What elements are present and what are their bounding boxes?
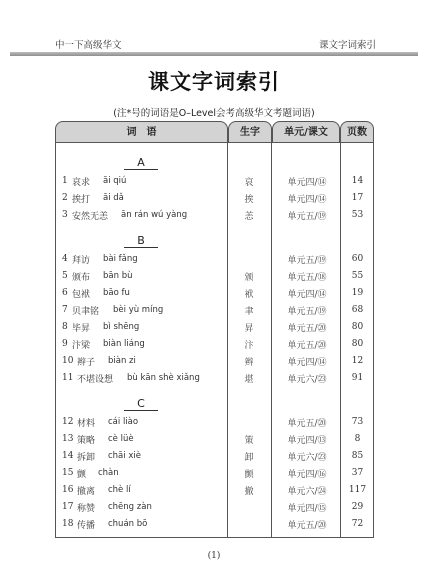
entry-pinyin: āi qiú <box>103 176 126 186</box>
entry-unit: 单元五/⑳ <box>273 321 341 334</box>
entry-number: 17 <box>62 502 73 512</box>
table-row: 9 汴梁 biàn liáng 汴 单元五/⑳ 80 <box>55 337 374 354</box>
table-row: 13 策略 cè lüè 策 单元四/⑬ 8 <box>55 432 374 449</box>
section-letter-b: B <box>124 234 158 248</box>
entry-number: 13 <box>62 434 73 444</box>
note: (注*号的词语是O–Level会考高级华文考题词语) <box>0 105 428 119</box>
entry-pinyin: bài fǎng <box>103 254 138 264</box>
entry-pinyin: biàn liáng <box>103 339 145 349</box>
entry-unit: 单元六/㉓ <box>273 450 341 463</box>
header-page: 页数 <box>340 121 374 143</box>
entry-char: 颤 <box>227 467 271 480</box>
entry-word: 策略 <box>77 433 95 446</box>
entry-pinyin: bì shēng <box>103 322 139 332</box>
entry-word: 不堪设想 <box>77 372 113 385</box>
table-row: 16 撤离 chè lí 撤 单元六/㉔ 117 <box>55 483 374 500</box>
entry-page: 53 <box>341 210 374 220</box>
entry-pinyin: chēng zàn <box>108 502 152 512</box>
entry-word: 撤离 <box>77 484 95 497</box>
entry-number: 3 <box>62 210 68 220</box>
entry-number: 10 <box>62 356 73 366</box>
entry-char: 恙 <box>227 209 271 222</box>
entry-unit: 单元五/⑲ <box>273 209 341 222</box>
entry-unit: 单元四/⑭ <box>273 355 341 368</box>
entry-unit: 单元四/⑬ <box>273 433 341 446</box>
entry-word: 称赞 <box>77 501 95 514</box>
table-row: 12 材料 cái liào 单元五/⑳ 73 <box>55 415 374 432</box>
entry-page: 68 <box>341 305 374 315</box>
entry-pinyin: cái liào <box>108 417 138 427</box>
entry-char: 辫 <box>227 355 271 368</box>
entry-char: 汴 <box>227 338 271 351</box>
entry-page: 55 <box>341 271 374 281</box>
entry-pinyin: biàn zi <box>108 356 136 366</box>
entry-unit: 单元四/⑭ <box>273 175 341 188</box>
entry-page: 60 <box>341 254 374 264</box>
header-word: 词 语 <box>55 121 228 143</box>
header-unit: 单元/课文 <box>272 121 340 143</box>
entry-page: 14 <box>341 176 374 186</box>
entry-pinyin: chuán bō <box>108 519 147 529</box>
page-number: (1) <box>0 551 428 561</box>
entry-number: 1 <box>62 176 68 186</box>
entry-page: 29 <box>341 502 374 512</box>
entry-unit: 单元五/⑱ <box>273 270 341 283</box>
entry-char: 哀 <box>227 175 271 188</box>
section-title: 课文字词索引 <box>319 37 376 51</box>
entry-number: 15 <box>62 468 73 478</box>
entry-page: 37 <box>341 468 374 478</box>
entry-pinyin: ān rán wú yàng <box>121 210 187 220</box>
entry-pinyin: cè lüè <box>108 434 134 444</box>
page-title: 课文字词索引 <box>0 66 428 96</box>
entry-word: 颁布 <box>72 270 90 283</box>
entry-number: 12 <box>62 417 73 427</box>
entry-char: 撤 <box>227 484 271 497</box>
table-row: 10 辫子 biàn zi 辫 单元四/⑭ 12 <box>55 354 374 371</box>
entry-word: 毕昇 <box>72 321 90 334</box>
entry-char: 聿 <box>227 304 271 317</box>
entry-number: 5 <box>62 271 68 281</box>
table-row: 5 颁布 bān bù 颁 单元五/⑱ 55 <box>55 269 374 286</box>
section-letter-c: C <box>124 397 158 411</box>
entry-number: 8 <box>62 322 68 332</box>
table-row: 11 不堪设想 bù kān shè xiǎng 堪 单元六/㉓ 91 <box>55 371 374 388</box>
entry-word: 安然无恙 <box>72 209 108 222</box>
entry-pinyin: chāi xiè <box>108 451 141 461</box>
entry-number: 16 <box>62 485 73 495</box>
entry-unit: 单元五/⑳ <box>273 416 341 429</box>
entry-pinyin: bān bù <box>103 271 132 281</box>
entry-word: 拆卸 <box>77 450 95 463</box>
entry-number: 9 <box>62 339 68 349</box>
entry-unit: 单元四/⑮ <box>273 501 341 514</box>
entry-char: 颁 <box>227 270 271 283</box>
table-row: 18 传播 chuán bō 单元五/⑳ 72 <box>55 517 374 534</box>
entry-unit: 单元五/⑳ <box>273 338 341 351</box>
entry-number: 2 <box>62 193 68 203</box>
entry-char: 堪 <box>227 372 271 385</box>
entry-pinyin: chàn <box>98 468 119 478</box>
entry-char: 袱 <box>227 287 271 300</box>
entry-page: 17 <box>341 193 374 203</box>
entry-char: 卸 <box>227 450 271 463</box>
entry-unit: 单元五/⑲ <box>273 304 341 317</box>
entry-word: 辫子 <box>77 355 95 368</box>
entry-page: 80 <box>341 339 374 349</box>
entry-unit: 单元五/⑲ <box>273 253 341 266</box>
entry-unit: 单元四/⑯ <box>273 467 341 480</box>
table-row: 4 拜访 bài fǎng 单元五/⑲ 60 <box>55 252 374 269</box>
entry-number: 14 <box>62 451 73 461</box>
header-rule <box>10 52 418 56</box>
entry-page: 73 <box>341 417 374 427</box>
entry-pinyin: āi dǎ <box>103 193 124 203</box>
table-row: 6 包袱 bāo fu 袱 单元四/⑭ 19 <box>55 286 374 303</box>
entry-word: 哀求 <box>72 175 90 188</box>
entry-page: 91 <box>341 373 374 383</box>
entry-char: 昇 <box>227 321 271 334</box>
entry-page: 85 <box>341 451 374 461</box>
running-head: 中一下高级华文 课文字词索引 <box>0 37 428 51</box>
entry-pinyin: bù kān shè xiǎng <box>127 373 200 383</box>
entry-unit: 单元六/㉓ <box>273 372 341 385</box>
entry-pinyin: bāo fu <box>103 288 130 298</box>
entry-word: 材料 <box>77 416 95 429</box>
entry-word: 贝聿铭 <box>72 304 99 317</box>
entry-page: 117 <box>341 485 374 495</box>
book-title: 中一下高级华文 <box>55 37 122 51</box>
entry-page: 19 <box>341 288 374 298</box>
entry-word: 汴梁 <box>72 338 90 351</box>
table-row: 14 拆卸 chāi xiè 卸 单元六/㉓ 85 <box>55 449 374 466</box>
entry-number: 11 <box>62 373 73 383</box>
table-row: 15 颤 chàn 颤 单元四/⑯ 37 <box>55 466 374 483</box>
entry-unit: 单元五/⑳ <box>273 518 341 531</box>
entry-page: 80 <box>341 322 374 332</box>
entry-word: 包袱 <box>72 287 90 300</box>
section-letter-a: A <box>124 156 158 170</box>
entry-number: 4 <box>62 254 68 264</box>
entry-char: 策 <box>227 433 271 446</box>
entry-page: 12 <box>341 356 374 366</box>
entry-unit: 单元六/㉔ <box>273 484 341 497</box>
entry-char: 挨 <box>227 192 271 205</box>
entry-number: 6 <box>62 288 68 298</box>
table-row: 1 哀求 āi qiú 哀 单元四/⑭ 14 <box>55 174 374 191</box>
table-row: 2 挨打 āi dǎ 挨 单元四/⑭ 17 <box>55 191 374 208</box>
table-row: 17 称赞 chēng zàn 单元四/⑮ 29 <box>55 500 374 517</box>
entry-word: 挨打 <box>72 192 90 205</box>
table-row: 3 安然无恙 ān rán wú yàng 恙 单元五/⑲ 53 <box>55 208 374 225</box>
table-row: 8 毕昇 bì shēng 昇 单元五/⑳ 80 <box>55 320 374 337</box>
entry-number: 7 <box>62 305 68 315</box>
entry-unit: 单元四/⑭ <box>273 192 341 205</box>
entry-pinyin: bèi yù míng <box>113 305 163 315</box>
entry-word: 颤 <box>77 467 86 480</box>
entry-number: 18 <box>62 519 73 529</box>
entry-page: 8 <box>341 434 374 444</box>
entry-word: 传播 <box>77 518 95 531</box>
entry-page: 72 <box>341 519 374 529</box>
table-row: 7 贝聿铭 bèi yù míng 聿 单元五/⑲ 68 <box>55 303 374 320</box>
entry-word: 拜访 <box>72 253 90 266</box>
entry-pinyin: chè lí <box>108 485 131 495</box>
index-table: 词 语 生字 单元/课文 页数 A 1 哀求 āi qiú 哀 单元四/⑭ 14… <box>55 121 374 538</box>
header-char: 生字 <box>228 121 272 143</box>
entry-unit: 单元四/⑭ <box>273 287 341 300</box>
